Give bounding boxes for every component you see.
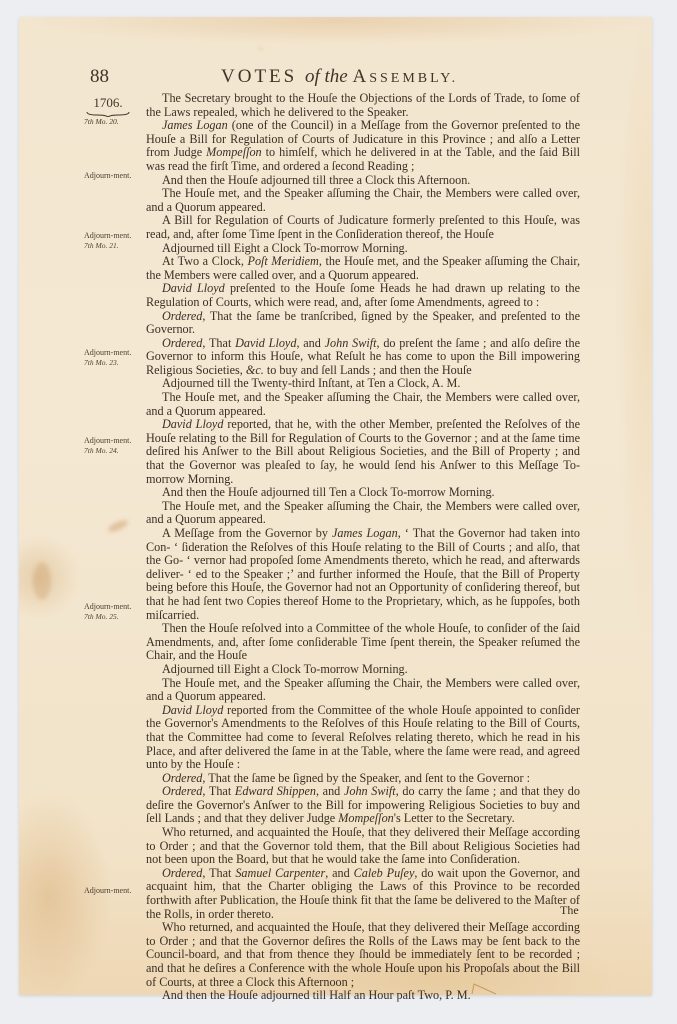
- page-number: 88: [90, 66, 109, 88]
- paper-tear: [470, 983, 500, 995]
- paragraph: Who returned, and acquainted the Houſe, …: [146, 826, 580, 867]
- foxing-stain: [33, 562, 51, 600]
- paragraph: Ordered, That Samuel Carpenter, and Cale…: [146, 867, 580, 921]
- paragraph: A Bill for Regulation of Courts of Judic…: [146, 214, 580, 241]
- paragraph: Ordered, That the ſame be ſigned by the …: [146, 772, 580, 786]
- paragraph: Who returned, and acquainted the Houſe, …: [146, 921, 580, 989]
- paragraph: At Two a Clock, Poſt Meridiem, the Houſe…: [146, 255, 580, 282]
- paragraph: The Houſe met, and the Speaker aſſuming …: [146, 500, 580, 527]
- paragraph: The Houſe met, and the Speaker aſſuming …: [146, 391, 580, 418]
- paragraph: The Houſe met, and the Speaker aſſuming …: [146, 187, 580, 214]
- margin-note-adjournment: Adjourn-ment. 7th Mo. 25.: [84, 602, 140, 621]
- paragraph: And then the Houſe adjourned till three …: [146, 174, 580, 188]
- paragraph: David Lloyd reported from the Committee …: [146, 704, 580, 772]
- margin-note-adjournment: Adjourn-ment. 7th Mo. 21.: [84, 231, 140, 250]
- paragraph: The Houſe met, and the Speaker aſſuming …: [146, 677, 580, 704]
- margin-note-adjournment: Adjourn-ment.: [84, 171, 140, 181]
- catchword: The: [560, 903, 579, 918]
- paragraph: Then the Houſe reſolved into a Committee…: [146, 622, 580, 663]
- margin-year-note: 1706. 7th Mo. 20.: [88, 95, 138, 126]
- paragraph: David Lloyd preſented to the Houſe ſome …: [146, 282, 580, 309]
- margin-year: 1706.: [88, 95, 128, 111]
- paragraph: Ordered, That Edward Shippen, and John S…: [146, 785, 580, 826]
- paragraph: And then the Houſe adjourned till Ten a …: [146, 486, 580, 500]
- running-title: VOTES of the ASSEMBLY.: [221, 66, 458, 88]
- paragraph: Adjourned till Eight a Clock To-morrow M…: [146, 242, 580, 256]
- body-text: The Secretary brought to the Houſe the O…: [146, 92, 580, 1003]
- paragraph: Adjourned till Eight a Clock To-morrow M…: [146, 663, 580, 677]
- page-header: 88 VOTES of the ASSEMBLY.: [90, 66, 590, 90]
- paragraph: David Lloyd reported, that he, with the …: [146, 418, 580, 486]
- paragraph: The Secretary brought to the Houſe the O…: [146, 92, 580, 119]
- paragraph: A Meſſage from the Governor by James Log…: [146, 527, 580, 622]
- margin-date: 7th Mo. 20.: [84, 117, 138, 126]
- paragraph: And then the Houſe adjourned till Half a…: [146, 989, 580, 1003]
- foxing-stain: [106, 518, 129, 535]
- margin-note-adjournment: Adjourn-ment. 7th Mo. 23.: [84, 348, 140, 367]
- foxing-stain: [259, 47, 262, 50]
- paragraph: Ordered, That the ſame be tranſcribed, ſ…: [146, 310, 580, 337]
- paragraph: Adjourned till the Twenty-third Inſtant,…: [146, 377, 580, 391]
- paragraph: James Logan (one of the Council) in a Me…: [146, 119, 580, 173]
- paragraph: Ordered, That David Lloyd, and John Swif…: [146, 337, 580, 378]
- margin-note-adjournment: Adjourn-ment.: [84, 886, 140, 896]
- margin-note-adjournment: Adjourn-ment. 7th Mo. 24.: [84, 436, 140, 455]
